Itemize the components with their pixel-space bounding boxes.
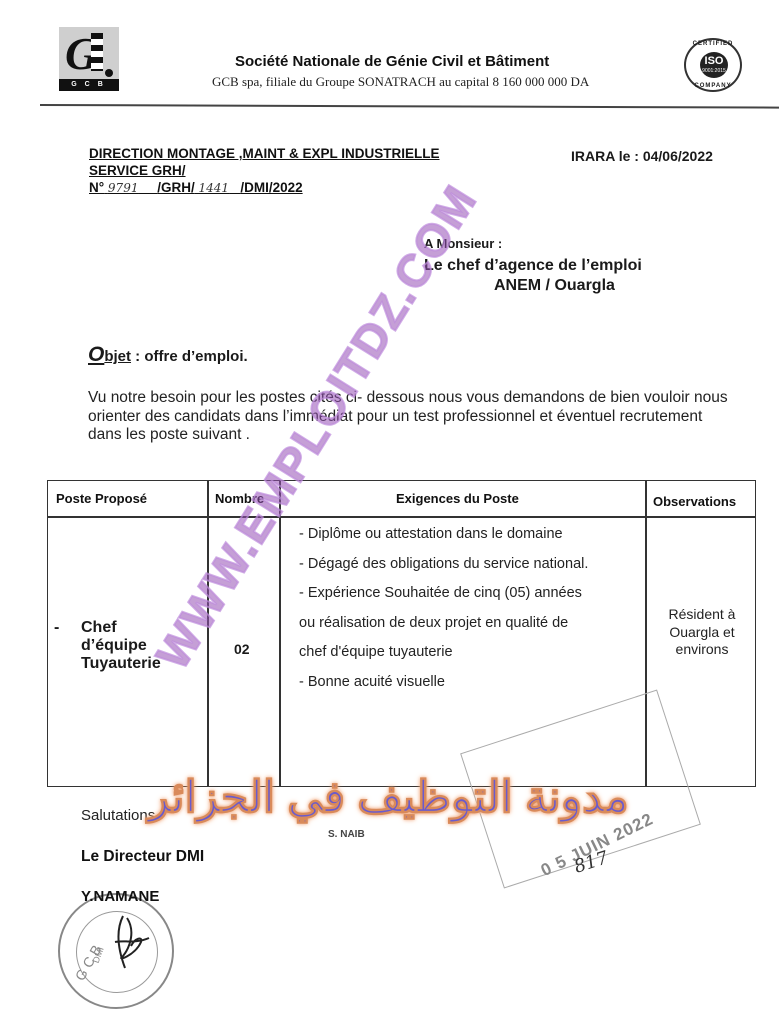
header-poste: Poste Proposé [56, 491, 147, 506]
watermark-arabic: مدونة التوظيف في الجزائر [148, 772, 629, 823]
signatory-title: Le Directeur DMI [81, 848, 204, 866]
iso-certified-badge-icon: CERTIFIED ISO 9001:2015 COMPANY [684, 38, 742, 92]
poste-line: Chef [81, 619, 161, 637]
header-exigences: Exigences du Poste [396, 491, 519, 506]
company-logo: G GCB [59, 27, 119, 91]
requirement-line: chef d'équipe tuyauterie [299, 643, 649, 673]
company-subtitle: GCB spa, filiale du Groupe SONATRACH au … [212, 74, 589, 90]
place-date: IRARA le : 04/06/2022 [571, 148, 713, 164]
requirement-line: ou réalisation de deux projet en qualité… [299, 614, 649, 644]
badge-top-text: CERTIFIED [686, 41, 740, 47]
watermark-diagonal-container: WWW.EMPLOITDZ.COM [145, 650, 155, 660]
stamp-name: S. NAIB [328, 829, 365, 840]
company-name: Société Nationale de Génie Civil et Bâti… [235, 53, 549, 70]
table-row-observations: Résident à Ouargla et environs [648, 606, 756, 659]
header-divider [40, 104, 779, 109]
subject-text: : offre d’emploi. [131, 348, 248, 365]
ref-suffix: /DMI/2022 [240, 180, 302, 195]
observation-line: Ouargla et [648, 624, 756, 642]
badge-main-text: ISO [700, 54, 728, 68]
ref-handwritten-number-2: 1441 [199, 181, 230, 195]
requirement-line: - Bonne acuité visuelle [299, 673, 649, 703]
badge-center: ISO 9001:2015 [700, 52, 728, 78]
logo-checker [91, 33, 103, 71]
logo-dot [105, 69, 113, 77]
ref-mid: /GRH/ [157, 180, 195, 195]
letter-body: Vu notre besoin pour les postes cités ci… [88, 389, 728, 445]
reference-number: N° 9791 /GRH/ 1441 /DMI/2022 [89, 180, 303, 195]
observation-line: environs [648, 641, 756, 659]
observation-line: Résident à [648, 606, 756, 624]
subject-word: bjet [104, 348, 131, 365]
badge-standard-text: 9001:2015 [700, 68, 728, 74]
recipient-line-1: Le chef d’agence de l’emploi [424, 257, 642, 275]
service-line: SERVICE GRH/ [89, 163, 186, 178]
subject-line: Objet : offre d’emploi. [88, 343, 248, 367]
signatory-name: Y.NAMANE [81, 888, 159, 905]
header-row-divider [48, 516, 755, 518]
ref-handwritten-number: 9791 [108, 181, 139, 195]
recipient-line-2: ANEM / Ouargla [494, 277, 615, 295]
salutations: Salutations [81, 807, 155, 824]
logo-text: GCB [59, 79, 119, 91]
subject-initial: O [88, 343, 104, 366]
badge-bottom-text: COMPANY [686, 83, 740, 89]
requirement-line: - Dégagé des obligations du service nati… [299, 555, 649, 585]
direction-line: DIRECTION MONTAGE ,MAINT & EXPL INDUSTRI… [89, 146, 440, 161]
poste-dash: - [54, 619, 59, 637]
table-row-exigences: - Diplôme ou attestation dans le domaine… [299, 525, 649, 702]
signature-icon [105, 912, 155, 972]
ref-prefix: N° [89, 180, 104, 195]
header-observations: Observations [653, 494, 736, 509]
requirement-line: - Diplôme ou attestation dans le domaine [299, 525, 649, 555]
requirement-line: - Expérience Souhaitée de cinq (05) anné… [299, 584, 649, 614]
table-row-nombre: 02 [234, 641, 250, 657]
